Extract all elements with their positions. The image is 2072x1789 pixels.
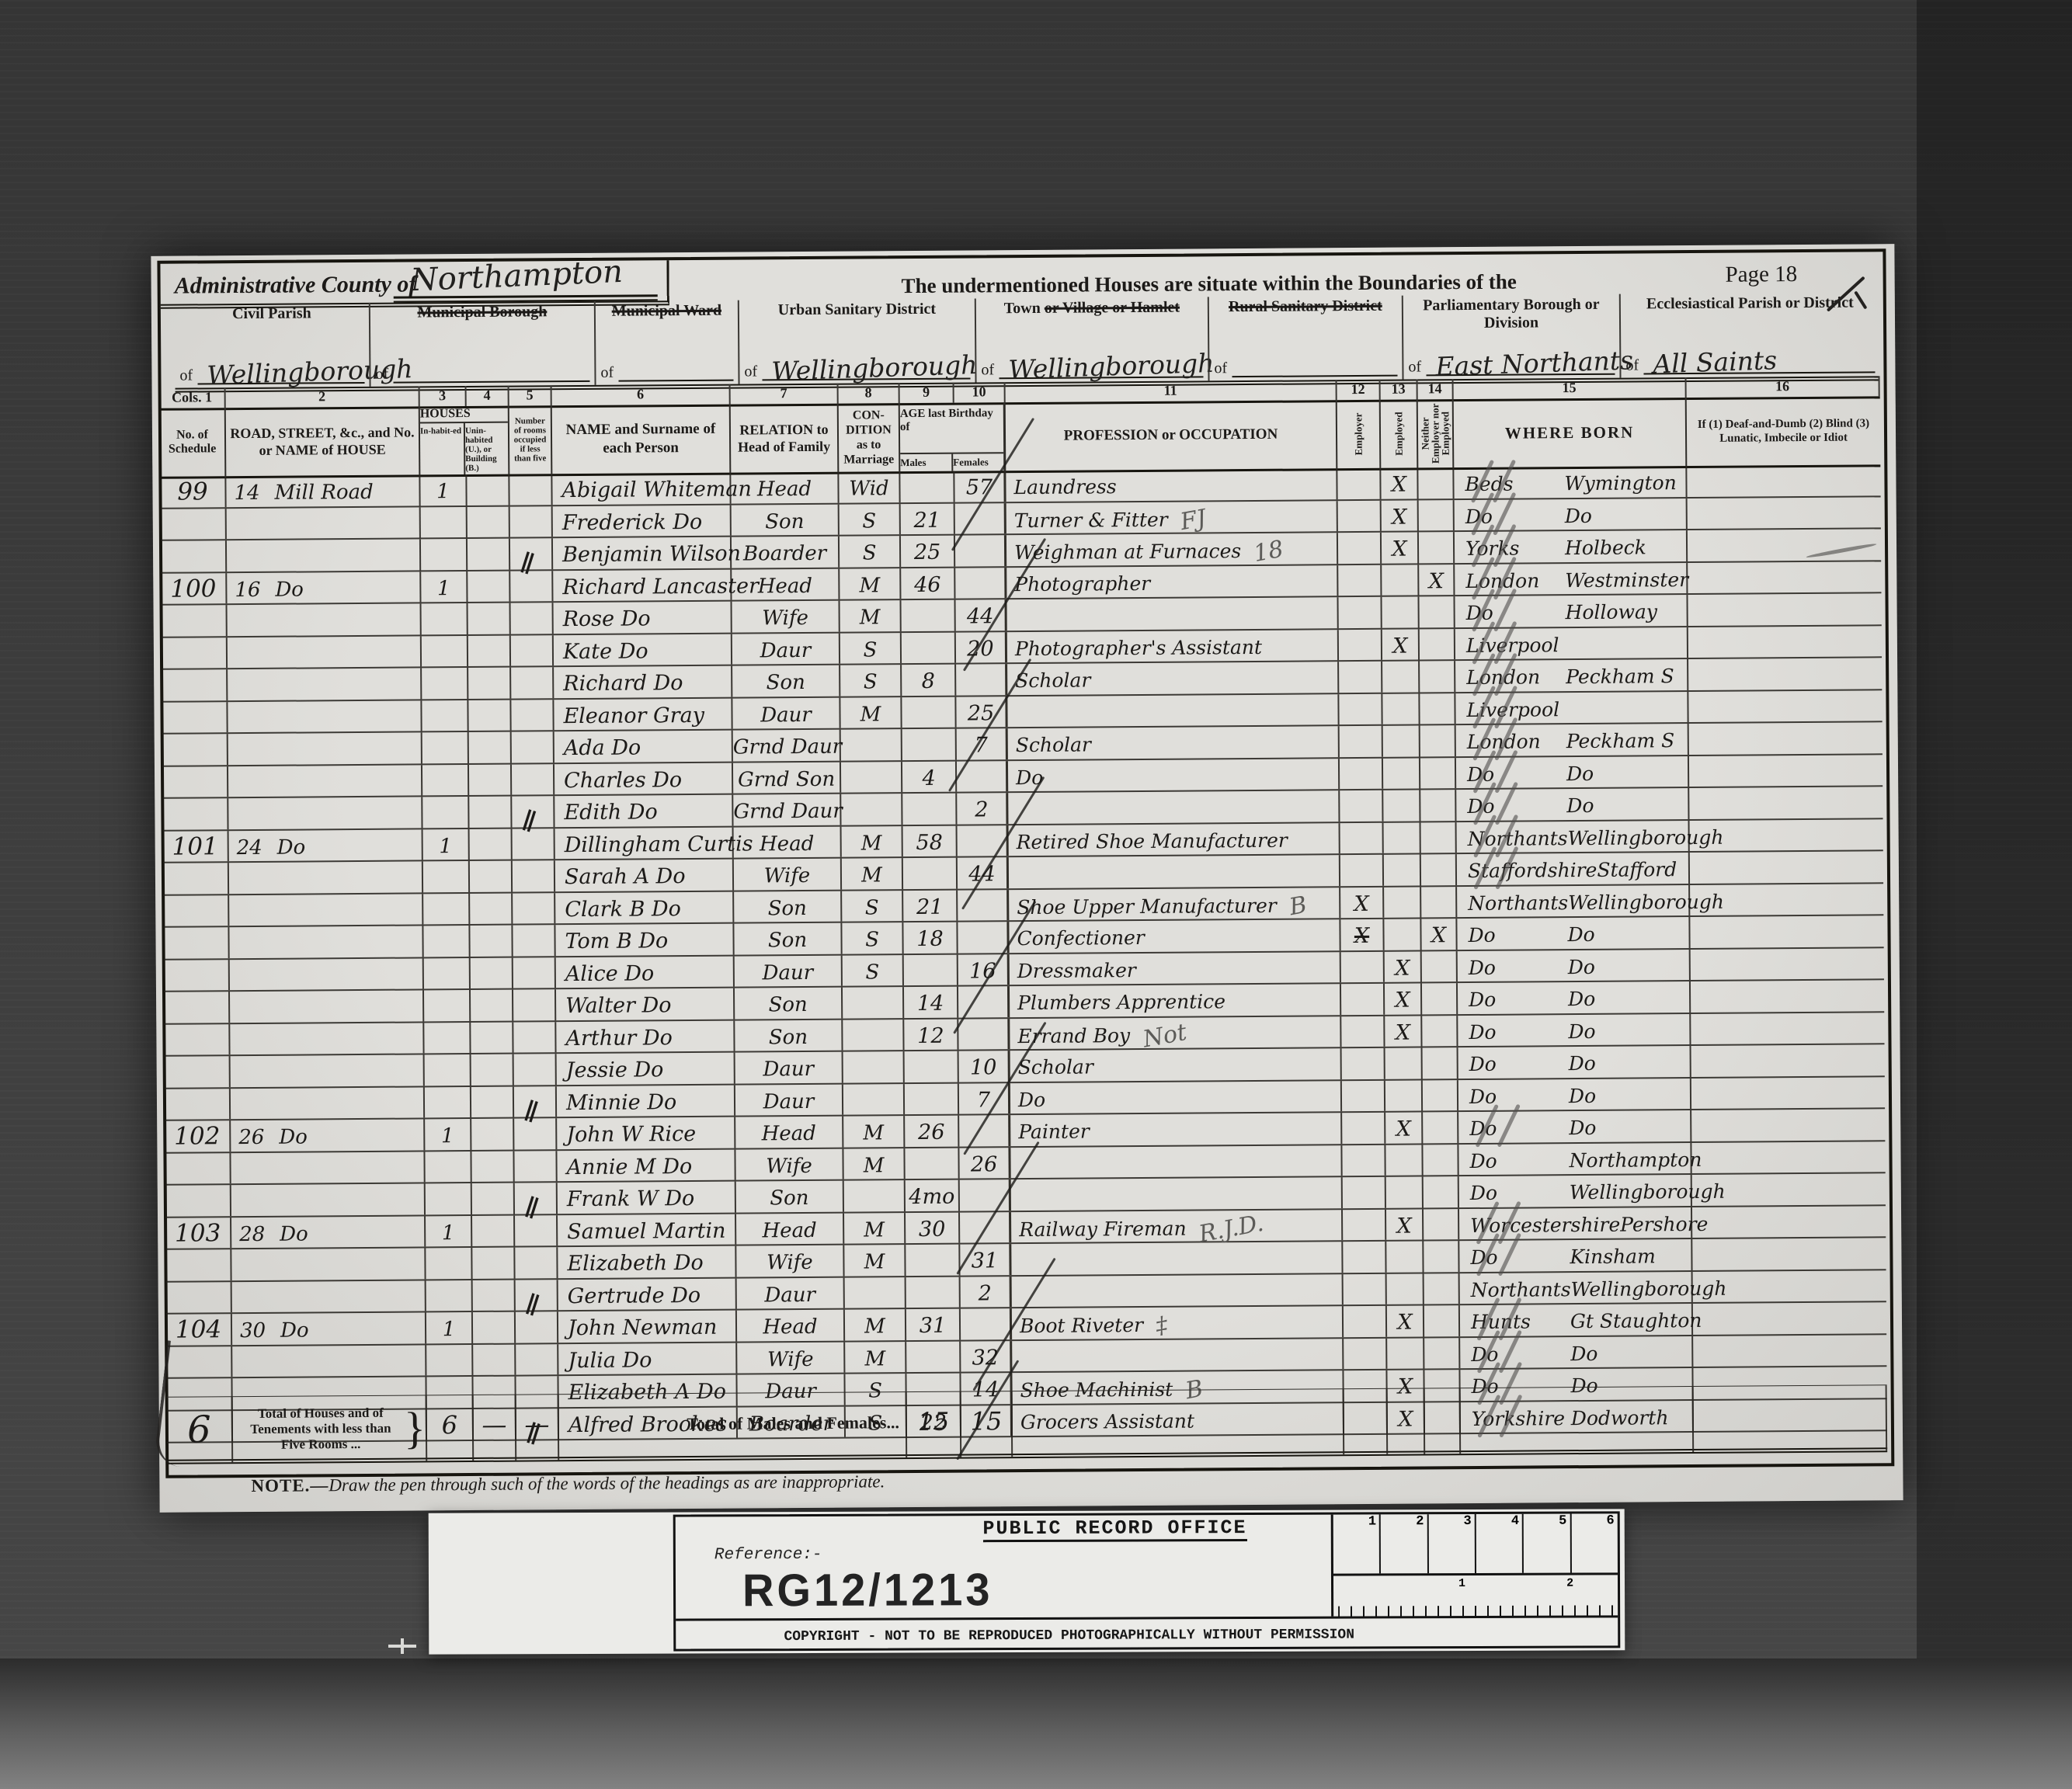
uninhabited-cell xyxy=(469,732,512,763)
pro-office-title: PUBLIC RECORD OFFICE xyxy=(982,1516,1246,1542)
employed-cell xyxy=(1384,887,1421,918)
employer-cell xyxy=(1342,1145,1385,1176)
neither-cell xyxy=(1419,500,1455,531)
column-number: 15 xyxy=(1454,377,1687,399)
reference-label: Reference:- xyxy=(714,1546,822,1564)
person-name-cell: Richard Do xyxy=(554,666,732,698)
occupation-cell xyxy=(1006,597,1338,630)
inhabited-cell: 1 xyxy=(426,1215,472,1246)
employer-cell xyxy=(1338,500,1382,531)
uninhabited-cell xyxy=(471,1022,513,1053)
road-cell xyxy=(231,1054,425,1086)
condition-cell: M xyxy=(840,600,901,631)
employer-cell xyxy=(1341,1016,1385,1047)
infirmities-cell xyxy=(1689,722,1883,754)
infirmities-cell xyxy=(1688,658,1882,690)
occupation-cell xyxy=(1011,1177,1343,1210)
occupation-cell: Plumbers Apprentice xyxy=(1010,984,1341,1016)
column-number: 7 xyxy=(731,384,839,405)
header-name: NAME and Surname of each Person xyxy=(552,405,732,474)
person-name-cell: Tom B Do xyxy=(555,924,734,956)
rooms-tally-mark xyxy=(507,480,547,492)
person-name-cell: Richard Lancaster xyxy=(553,569,732,601)
road-cell: 28Do xyxy=(231,1216,426,1248)
employer-cell xyxy=(1338,597,1382,628)
employer-cell xyxy=(1342,1048,1385,1079)
employed-cell xyxy=(1382,564,1419,596)
employed-cell xyxy=(1384,854,1421,885)
condition-cell: M xyxy=(845,1309,906,1340)
age-male-cell xyxy=(902,632,956,663)
employer-cell xyxy=(1339,662,1382,693)
neither-cell xyxy=(1424,1241,1459,1272)
ruler: 1 2 3 4 5 6 1 2 xyxy=(1331,1513,1618,1616)
schedule-number-cell: 99 xyxy=(160,476,226,507)
neither-cell xyxy=(1423,1080,1458,1111)
employer-cell xyxy=(1344,1306,1387,1337)
relation-cell: Boarder xyxy=(732,537,840,568)
rooms-cell xyxy=(512,764,555,795)
road-cell xyxy=(227,507,421,539)
uninhabited-cell xyxy=(468,571,510,602)
inhabited-cell: 1 xyxy=(421,571,468,603)
road-cell xyxy=(228,700,422,732)
district-of-line: of Wellingborough xyxy=(179,366,364,385)
rooms-cell xyxy=(511,700,554,731)
pencil-annotation: B xyxy=(1287,892,1308,919)
rooms-cell xyxy=(511,603,554,634)
rooms-tally-mark xyxy=(508,576,548,589)
condition-cell: M xyxy=(840,697,902,728)
inhabited-cell xyxy=(424,958,471,989)
occupation-cell: Railway FiremanR.J.D. xyxy=(1011,1210,1343,1242)
rooms-cell xyxy=(514,1054,557,1085)
header-age: AGE last Birthday of xyxy=(900,402,1003,453)
neither-cell xyxy=(1424,1273,1460,1304)
infirmities-cell xyxy=(1692,1206,1886,1238)
inhabited-cell xyxy=(422,765,469,796)
employer-cell xyxy=(1340,790,1383,822)
where-born-cell: DoKinsham xyxy=(1459,1239,1692,1272)
infirmities-cell xyxy=(1689,787,1883,818)
employer-cell xyxy=(1338,533,1382,564)
totals-inhabited: 6 xyxy=(427,1395,475,1461)
condition-cell: Wid xyxy=(839,471,900,502)
uninhabited-cell xyxy=(468,506,510,537)
occupation-cell: Do xyxy=(1008,759,1340,791)
neither-cell xyxy=(1420,725,1456,756)
schedule-number-cell xyxy=(162,766,228,797)
age-male-cell xyxy=(906,1341,961,1372)
neither-cell xyxy=(1420,693,1455,724)
district-of-line: of xyxy=(1214,359,1397,378)
district-of-line: of All Saints xyxy=(1625,355,1875,374)
employed-cell xyxy=(1384,822,1421,853)
rooms-cell xyxy=(514,1118,557,1149)
inhabited-cell: 1 xyxy=(420,474,467,505)
inhabited-cell xyxy=(426,1248,472,1279)
where-born-cell: DoNorthampton xyxy=(1458,1143,1691,1176)
totals-females: 15 xyxy=(961,1391,1013,1457)
road-cell xyxy=(228,668,422,700)
occupation-cell: Scholar xyxy=(1010,1048,1342,1081)
occupation-cell: Shoe Upper ManufacturerB xyxy=(1009,888,1340,920)
age-male-cell: 30 xyxy=(906,1212,960,1243)
employed-cell: X xyxy=(1385,951,1422,982)
rooms-cell xyxy=(513,860,555,891)
header-rooms: Number of rooms occupied if less than fi… xyxy=(509,405,553,474)
infirmities-cell xyxy=(1688,593,1881,625)
employer-cell xyxy=(1343,1209,1386,1240)
occupation-cell xyxy=(1011,1242,1343,1274)
age-male-cell: 46 xyxy=(901,568,955,599)
uninhabited-cell xyxy=(471,990,513,1021)
county-label: Administrative County of xyxy=(175,271,417,299)
where-born-cell: DoDo xyxy=(1458,981,1691,1014)
uninhabited-cell xyxy=(470,926,513,957)
infirmities-cell xyxy=(1693,1302,1886,1334)
ruler-inch-cell: 4 xyxy=(1476,1514,1524,1573)
road-cell xyxy=(228,797,422,828)
relation-cell: Wife xyxy=(734,859,842,890)
column-number: 10 xyxy=(954,382,1006,402)
where-born-cell: LondonPeckham S xyxy=(1456,724,1689,756)
infirmities-cell xyxy=(1687,464,1880,496)
age-male-cell xyxy=(900,471,954,502)
infirmities-cell xyxy=(1691,948,1884,980)
relation-cell: Head xyxy=(731,472,839,503)
where-born-cell: DoDo xyxy=(1457,917,1690,950)
where-born-cell: NorthantsWellingborough xyxy=(1460,1272,1693,1304)
where-born-cell: DoDo xyxy=(1455,498,1688,531)
person-name-cell: Charles Do xyxy=(555,762,733,794)
occupation-cell: Scholar xyxy=(1007,662,1339,694)
age-male-cell: 21 xyxy=(901,503,955,534)
relation-cell: Son xyxy=(736,1181,844,1212)
district-of-line: of East Northants xyxy=(1408,357,1615,377)
where-born-cell: YorksHolbeck xyxy=(1455,530,1688,563)
header-occupation: PROFESSION or OCCUPATION xyxy=(1006,400,1338,471)
schedule-number-cell xyxy=(164,992,230,1023)
person-name-cell: Walter Do xyxy=(556,988,735,1020)
where-born-cell: DoDo xyxy=(1460,1336,1693,1369)
rooms-cell: ∥ xyxy=(512,796,555,827)
header-neither-employer-nor-employed: Neither Employer nor Employed xyxy=(1418,399,1455,467)
schedule-number-cell xyxy=(165,1089,231,1120)
rooms-tally-mark xyxy=(513,1318,552,1330)
age-male-cell: 18 xyxy=(903,922,958,954)
condition-cell xyxy=(844,1180,906,1211)
inhabited-cell xyxy=(421,539,468,570)
rooms-cell xyxy=(515,1215,558,1246)
totals-males-females-label: Total of Males and Females... xyxy=(559,1392,908,1460)
condition-cell xyxy=(841,729,902,760)
where-born-cell: HuntsGt Staughton xyxy=(1460,1304,1693,1336)
header-employed: Employed xyxy=(1381,399,1419,467)
road-cell xyxy=(231,1087,425,1119)
person-name-cell: Gertrude Do xyxy=(558,1278,737,1310)
infirmities-cell xyxy=(1692,1238,1886,1270)
road-cell xyxy=(230,958,424,990)
schedule-number-cell xyxy=(164,960,230,991)
inhabited-cell: 1 xyxy=(426,1312,473,1343)
column-number: 14 xyxy=(1418,379,1454,399)
employer-cell xyxy=(1343,1242,1386,1273)
relation-cell: Head xyxy=(735,1117,843,1148)
scan-shadow-bottom xyxy=(0,1659,2072,1789)
where-born-cell: DoDo xyxy=(1458,1079,1691,1111)
inhabited-cell xyxy=(426,1280,473,1311)
column-number: 3 xyxy=(420,386,467,406)
employer-cell xyxy=(1340,758,1383,789)
inhabited-cell xyxy=(426,1344,473,1375)
district-cell: Municipal Ward of xyxy=(594,300,739,385)
where-born-cell: BedsWymington xyxy=(1454,466,1687,498)
inhabited-cell: 1 xyxy=(425,1119,471,1150)
neither-cell xyxy=(1424,1338,1460,1369)
neither-cell xyxy=(1423,1145,1458,1176)
neither-cell xyxy=(1419,532,1455,563)
age-female-cell: 2 xyxy=(957,793,1008,824)
neither-cell xyxy=(1424,1209,1459,1240)
rooms-tally-mark xyxy=(510,995,550,1008)
header-females: Females xyxy=(953,453,1004,471)
schedule-number-cell: 102 xyxy=(165,1120,231,1152)
road-cell xyxy=(229,926,423,957)
road-cell xyxy=(231,1183,426,1215)
age-female-cell: 7 xyxy=(957,728,1008,759)
relation-cell: Grnd Daur xyxy=(733,794,841,825)
inhabited-cell xyxy=(422,797,469,828)
employer-cell xyxy=(1339,629,1382,660)
uninhabited-cell xyxy=(468,700,511,731)
neither-cell xyxy=(1420,661,1455,692)
occupation-cell: Do xyxy=(1010,1081,1342,1113)
person-name-cell: Eleanor Gray xyxy=(554,698,732,730)
condition-cell xyxy=(841,794,902,825)
condition-cell: M xyxy=(844,1213,906,1244)
occupation-cell: Laundress xyxy=(1006,468,1337,501)
relation-cell: Daur xyxy=(735,955,843,986)
employer-cell xyxy=(1339,693,1382,724)
rooms-tally-mark xyxy=(512,1221,551,1233)
age-male-cell xyxy=(905,1051,959,1082)
road-cell xyxy=(232,1280,426,1312)
ruler-inch-cell: 6 xyxy=(1571,1513,1618,1572)
schedule-number-cell xyxy=(163,895,229,926)
table-body: 99 14Mill Road 1 Abigail Whiteman Head W… xyxy=(160,464,1887,1443)
age-male-cell: 26 xyxy=(905,1116,959,1147)
age-male-cell: 14 xyxy=(904,987,958,1018)
rooms-cell xyxy=(515,1247,558,1278)
header-houses-group: HOUSES In-habit-ed Unin-habited (U.), or… xyxy=(420,406,510,475)
footnote: NOTE.—Draw the pen through such of the w… xyxy=(251,1471,885,1496)
occupation-cell: Retired Shoe Manufacturer xyxy=(1009,823,1340,856)
ruler-inch-cell: 3 xyxy=(1428,1514,1476,1573)
rooms-cell xyxy=(513,989,556,1020)
age-male-cell: 58 xyxy=(903,825,958,856)
schedule-number-cell xyxy=(162,702,228,733)
relation-cell: Head xyxy=(736,1213,844,1244)
district-label: Rural Sanitary District xyxy=(1215,297,1396,335)
pencil-annotation: ‡ xyxy=(1154,1313,1170,1339)
person-name-cell: Abigail Whiteman xyxy=(552,473,731,505)
district-cell: Town or Village or Hamlet of Wellingboro… xyxy=(975,297,1208,382)
ruler-centimetres: 1 2 xyxy=(1333,1575,1618,1618)
age-female-cell: 2 xyxy=(961,1277,1012,1308)
totals-houses-label: Total of Houses and of Tenements with le… xyxy=(233,1395,428,1462)
employed-cell xyxy=(1382,693,1420,724)
relation-cell: Son xyxy=(732,504,840,535)
infirmities-cell xyxy=(1689,755,1883,787)
age-male-cell xyxy=(902,794,957,825)
rooms-tally-mark xyxy=(510,963,550,975)
uninhabited-cell xyxy=(471,1086,514,1117)
age-male-cell xyxy=(906,1277,961,1308)
person-name-cell: Ada Do xyxy=(555,731,733,762)
scan-shadow-right xyxy=(1917,0,2072,1789)
district-cell: Parliamentary Borough or Division of Eas… xyxy=(1402,294,1620,380)
age-male-cell: 31 xyxy=(906,1309,961,1340)
age-female-cell: 20 xyxy=(956,632,1007,663)
schedule-number-cell xyxy=(165,1249,231,1280)
district-cell: Civil Parish of Wellingborough xyxy=(175,303,370,388)
person-name-cell: Minnie Do xyxy=(557,1085,735,1117)
schedule-number-cell xyxy=(164,1024,230,1055)
condition-cell xyxy=(843,1020,904,1051)
relation-cell: Son xyxy=(734,923,842,954)
where-born-cell: LondonPeckham S xyxy=(1455,659,1688,692)
condition-cell: S xyxy=(842,922,903,954)
condition-cell: M xyxy=(842,826,903,857)
condition-cell: S xyxy=(842,891,903,922)
district-label: Municipal Ward xyxy=(602,302,732,339)
age-male-cell: 4 xyxy=(902,761,957,792)
inhabited-cell xyxy=(425,1152,471,1183)
occupation-cell xyxy=(1012,1339,1344,1371)
rooms-tally-mark xyxy=(509,769,548,782)
relation-cell: Daur xyxy=(737,1277,845,1308)
rooms-cell xyxy=(511,635,554,666)
infirmities-cell xyxy=(1691,1013,1884,1044)
infirmities-cell xyxy=(1688,626,1882,658)
uninhabited-cell xyxy=(473,1280,516,1311)
neither-cell xyxy=(1422,983,1458,1014)
district-of-line: of xyxy=(375,364,589,384)
person-name-cell: Dillingham Curtis xyxy=(555,827,734,859)
rooms-tally-mark xyxy=(512,1124,551,1137)
district-value-handwritten: All Saints xyxy=(1652,345,1777,379)
employer-cell: X xyxy=(1340,919,1384,950)
rooms-cell: ∥ xyxy=(514,1086,557,1117)
infirmities-cell xyxy=(1690,819,1883,851)
neither-cell xyxy=(1419,596,1455,627)
district-of-line: of Wellingborough xyxy=(744,361,970,380)
person-name-cell: Clark B Do xyxy=(555,891,734,923)
condition-cell xyxy=(841,762,902,793)
inhabited-cell xyxy=(422,603,468,634)
person-name-cell: Frank W Do xyxy=(558,1182,736,1214)
neither-cell xyxy=(1421,854,1457,885)
road-cell xyxy=(231,1152,425,1183)
employed-cell xyxy=(1387,1273,1424,1304)
uninhabited-cell xyxy=(473,1312,516,1343)
age-female-cell xyxy=(958,922,1009,953)
pro-stamp-strip: PUBLIC RECORD OFFICE Reference:- RG12/12… xyxy=(429,1509,1625,1654)
road-cell xyxy=(228,636,422,668)
district-value-handwritten: Wellingborough xyxy=(1007,348,1214,385)
relation-cell: Daur xyxy=(732,697,840,728)
occupation-cell xyxy=(1009,855,1340,888)
employed-cell xyxy=(1383,758,1420,789)
where-born-cell: WorcestershirePershore xyxy=(1459,1207,1692,1240)
schedule-number-cell: 100 xyxy=(161,573,227,604)
pencil-annotation: Not xyxy=(1141,1020,1188,1052)
person-name-cell: Benjamin Wilson xyxy=(553,537,732,569)
header-employer: Employer xyxy=(1337,400,1382,468)
ruler-cm-label: 1 xyxy=(1458,1577,1465,1590)
uninhabited-cell xyxy=(471,1151,514,1182)
employer-cell xyxy=(1341,951,1385,982)
rooms-tally-mark xyxy=(508,609,548,621)
person-name-cell: Elizabeth Do xyxy=(558,1246,736,1278)
person-name-cell: Samuel Martin xyxy=(558,1214,736,1245)
uninhabited-cell xyxy=(472,1248,515,1279)
uninhabited-cell xyxy=(471,1119,514,1150)
neither-cell xyxy=(1422,951,1458,982)
occupation-cell: Weighman at Furnaces18 xyxy=(1006,533,1338,565)
road-cell xyxy=(229,894,423,926)
header-age-group: AGE last Birthday of Males Females xyxy=(900,402,1006,471)
infirmities-cell xyxy=(1691,1109,1885,1141)
rooms-tally-mark xyxy=(513,1382,553,1395)
road-cell: 16Do xyxy=(227,571,421,603)
inhabited-cell xyxy=(425,1087,471,1118)
neither-cell xyxy=(1424,1176,1459,1207)
uninhabited-cell xyxy=(467,474,509,505)
column-number: 2 xyxy=(226,386,420,408)
relation-cell: Grnd Son xyxy=(733,762,841,793)
rooms-tally-mark xyxy=(511,1027,551,1040)
rooms-tally-mark xyxy=(513,1253,552,1266)
occupation-cell: Dressmaker xyxy=(1010,952,1341,985)
uninhabited-cell xyxy=(468,668,511,699)
relation-cell: Daur xyxy=(735,1052,843,1083)
rooms-tally-mark xyxy=(513,1350,553,1362)
age-female-cell: 10 xyxy=(959,1051,1010,1082)
relation-cell: Son xyxy=(732,665,840,696)
inhabited-cell xyxy=(426,1183,472,1214)
person-name-cell: Alice Do xyxy=(556,956,735,988)
schedule-number-cell: 104 xyxy=(166,1314,232,1345)
relation-cell: Head xyxy=(732,568,840,599)
rooms-cell xyxy=(513,1022,556,1053)
road-cell: 26Do xyxy=(231,1119,425,1151)
employer-cell xyxy=(1340,726,1383,757)
schedule-number-cell xyxy=(163,863,229,894)
copyright-notice: COPYRIGHT - NOT TO BE REPRODUCED PHOTOGR… xyxy=(676,1627,1462,1645)
schedule-number-cell: 103 xyxy=(165,1218,231,1249)
age-female-cell: 26 xyxy=(959,1148,1010,1179)
employed-cell xyxy=(1385,1145,1423,1176)
employed-cell: X xyxy=(1387,1305,1424,1336)
infirmities-cell xyxy=(1688,690,1882,722)
rooms-cell xyxy=(513,925,555,956)
where-born-cell: LondonWestminster xyxy=(1455,563,1688,596)
uninhabited-cell xyxy=(468,635,511,666)
road-cell: 30Do xyxy=(232,1312,426,1344)
person-name-cell: Arthur Do xyxy=(556,1020,735,1052)
